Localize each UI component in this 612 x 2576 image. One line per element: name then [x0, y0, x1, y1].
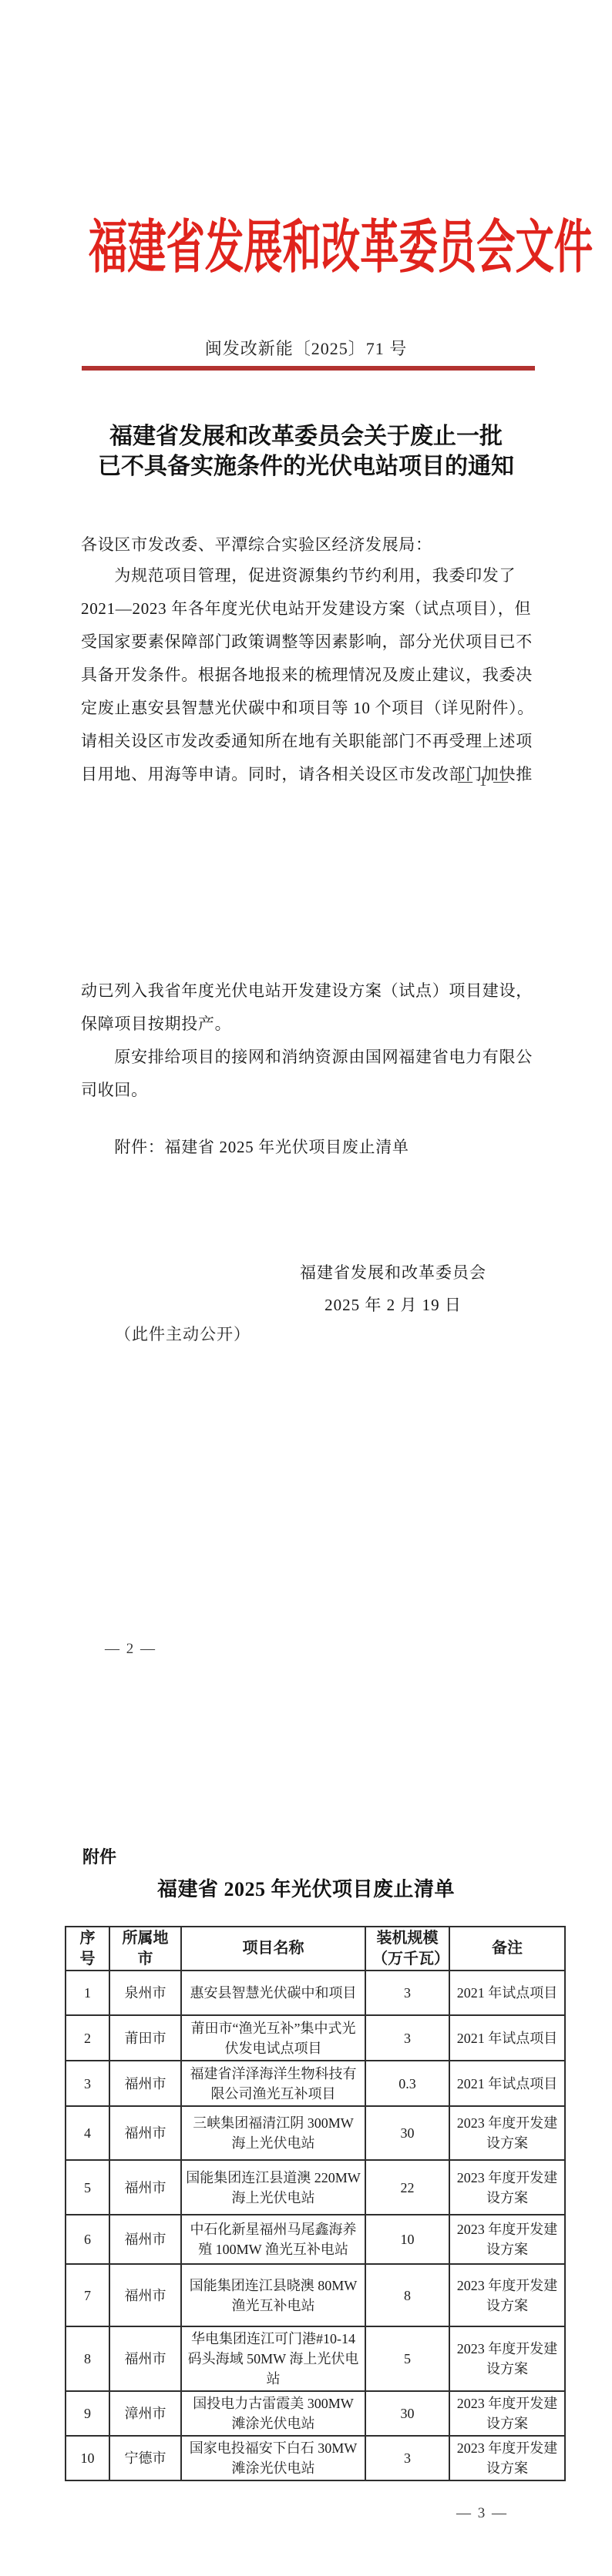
notice-title-line2: 已不具备实施条件的光伏电站项目的通知: [0, 451, 612, 481]
cell-city: 泉州市: [109, 1971, 181, 2015]
cell-capacity: 5: [365, 2326, 449, 2391]
cell-remark: 2023 年度开发建设方案: [449, 2215, 565, 2264]
cell-remark: 2023 年度开发建设方案: [449, 2326, 565, 2391]
cell-city: 福州市: [109, 2215, 181, 2264]
notice-title: 福建省发展和改革委员会关于废止一批 已不具备实施条件的光伏电站项目的通知: [0, 421, 612, 481]
cell-no: 9: [66, 2391, 109, 2436]
table-title: 福建省 2025 年光伏项目废止清单: [0, 1873, 612, 1902]
cell-project-name: 福建省洋泽海洋生物科技有限公司渔光互补项目: [181, 2061, 365, 2106]
table-row: 6 福州市 中石化新星福州马尾鑫海养殖 100MW 渔光互补电站 10 2023…: [66, 2215, 565, 2264]
cell-no: 2: [66, 2015, 109, 2061]
table-row: 4 福州市 三峡集团福清江阴 300MW 海上光伏电站 30 2023 年度开发…: [66, 2106, 565, 2160]
notice-title-line1: 福建省发展和改革委员会关于废止一批: [0, 421, 612, 451]
table-row: 1 泉州市 惠安县智慧光伏碳中和项目 3 2021 年试点项目: [66, 1971, 565, 2015]
cell-city: 宁德市: [109, 2436, 181, 2480]
body-line: 定废止惠安县智慧光伏碳中和项目等 10 个项目（详见附件）。: [81, 692, 533, 725]
cell-capacity: 8: [365, 2264, 449, 2326]
cell-remark: 2023 年度开发建设方案: [449, 2106, 565, 2160]
cell-project-name: 中石化新星福州马尾鑫海养殖 100MW 渔光互补电站: [181, 2215, 365, 2264]
cell-city: 福州市: [109, 2061, 181, 2106]
cell-project-name: 国能集团连江县晓澳 80MW 渔光互补电站: [181, 2264, 365, 2326]
body-line: 司收回。: [81, 1074, 533, 1107]
cell-project-name: 莆田市“渔光互补”集中式光伏发电试点项目: [181, 2015, 365, 2061]
table-body: 1 泉州市 惠安县智慧光伏碳中和项目 3 2021 年试点项目 2 莆田市 莆田…: [66, 1971, 565, 2480]
letterhead-title-text: 福建省发展和改革委员会文件: [89, 211, 593, 284]
cell-remark: 2023 年度开发建设方案: [449, 2264, 565, 2326]
cell-project-name: 国投电力古雷霞美 300MW 滩涂光伏电站: [181, 2391, 365, 2436]
public-disclosure-note: （此件主动公开）: [115, 1322, 251, 1345]
body-line: 具备开发条件。根据各地报来的梳理情况及废止建议，我委决: [81, 659, 533, 692]
cell-no: 1: [66, 1971, 109, 2015]
cell-remark: 2023 年度开发建设方案: [449, 2391, 565, 2436]
cell-project-name: 华电集团连江可门港#10-14 码头海域 50MW 海上光伏电站: [181, 2326, 365, 2391]
body-line: 2021—2023 年各年度光伏电站开发建设方案（试点项目），但: [81, 592, 533, 626]
letterhead-title: 福建省发展和改革委员会文件: [0, 214, 612, 280]
cell-remark: 2021 年试点项目: [449, 2015, 565, 2061]
cell-city: 福州市: [109, 2160, 181, 2215]
cell-city: 漳州市: [109, 2391, 181, 2436]
attachment-reference: 附件：福建省 2025 年光伏项目废止清单: [81, 1135, 533, 1158]
cell-capacity: 30: [365, 2391, 449, 2436]
table-header-row: 序号 所属地市 项目名称 装机规模（万千瓦） 备注: [66, 1927, 565, 1971]
cell-city: 莆田市: [109, 2015, 181, 2061]
cell-no: 8: [66, 2326, 109, 2391]
body-line: 请相关设区市发改委通知所在地有关职能部门不再受理上述项: [81, 725, 533, 758]
signature-block: 福建省发展和改革委员会 2025 年 2 月 19 日: [247, 1256, 540, 1321]
cell-no: 3: [66, 2061, 109, 2106]
attachment-label: 附件: [82, 1844, 116, 1868]
cell-city: 福州市: [109, 2264, 181, 2326]
cell-remark: 2023 年度开发建设方案: [449, 2160, 565, 2215]
page-number-1: — 1 —: [458, 773, 509, 790]
cell-remark: 2021 年试点项目: [449, 1971, 565, 2015]
cell-no: 5: [66, 2160, 109, 2215]
table-header-cell: 序号: [66, 1927, 109, 1971]
red-divider-rule: [82, 366, 535, 371]
cell-project-name: 国能集团连江县道澳 220MW 海上光伏电站: [181, 2160, 365, 2215]
cell-no: 6: [66, 2215, 109, 2264]
table-row: 2 莆田市 莆田市“渔光互补”集中式光伏发电试点项目 3 2021 年试点项目: [66, 2015, 565, 2061]
revoked-projects-table: 序号 所属地市 项目名称 装机规模（万千瓦） 备注 1 泉州市 惠安县智慧光伏碳…: [65, 1926, 566, 2481]
cell-remark: 2023 年度开发建设方案: [449, 2436, 565, 2480]
document-number: 闽发改新能〔2025〕71 号: [0, 336, 612, 360]
cell-capacity: 22: [365, 2160, 449, 2215]
cell-remark: 2021 年试点项目: [449, 2061, 565, 2106]
body-line: 动已列入我省年度光伏电站开发建设方案（试点）项目建设，: [81, 974, 533, 1008]
salutation: 各设区市发改委、平潭综合实验区经济发展局：: [81, 530, 533, 559]
signer-name: 福建省发展和改革委员会: [247, 1256, 540, 1289]
cell-project-name: 三峡集团福清江阴 300MW 海上光伏电站: [181, 2106, 365, 2160]
cell-capacity: 3: [365, 2015, 449, 2061]
cell-no: 4: [66, 2106, 109, 2160]
body-line: 为规范项目管理，促进资源集约节约利用，我委印发了: [81, 559, 533, 592]
page-number-3: — 3 —: [456, 2505, 508, 2522]
body-page1: 为规范项目管理，促进资源集约节约利用，我委印发了 2021—2023 年各年度光…: [81, 559, 533, 791]
table-row: 10 宁德市 国家电投福安下白石 30MW 滩涂光伏电站 3 2023 年度开发…: [66, 2436, 565, 2480]
page-number-2: — 2 —: [105, 1641, 156, 1658]
cell-project-name: 惠安县智慧光伏碳中和项目: [181, 1971, 365, 2015]
cell-capacity: 30: [365, 2106, 449, 2160]
body-line: 受国家要素保障部门政策调整等因素影响，部分光伏项目已不: [81, 626, 533, 659]
body-page2: 动已列入我省年度光伏电站开发建设方案（试点）项目建设， 保障项目按期投产。 原安…: [81, 974, 533, 1107]
cell-no: 10: [66, 2436, 109, 2480]
table-header-cell: 备注: [449, 1927, 565, 1971]
signature-date: 2025 年 2 月 19 日: [247, 1289, 540, 1321]
table-header-cell: 装机规模（万千瓦）: [365, 1927, 449, 1971]
cell-project-name: 国家电投福安下白石 30MW 滩涂光伏电站: [181, 2436, 365, 2480]
table-header-cell: 所属地市: [109, 1927, 181, 1971]
table-row: 7 福州市 国能集团连江县晓澳 80MW 渔光互补电站 8 2023 年度开发建…: [66, 2264, 565, 2326]
table-row: 3 福州市 福建省洋泽海洋生物科技有限公司渔光互补项目 0.3 2021 年试点…: [66, 2061, 565, 2106]
body-line: 原安排给项目的接网和消纳资源由国网福建省电力有限公: [81, 1041, 533, 1074]
cell-capacity: 3: [365, 1971, 449, 2015]
table-row: 5 福州市 国能集团连江县道澳 220MW 海上光伏电站 22 2023 年度开…: [66, 2160, 565, 2215]
cell-capacity: 10: [365, 2215, 449, 2264]
cell-capacity: 3: [365, 2436, 449, 2480]
table-header-cell: 项目名称: [181, 1927, 365, 1971]
scanned-official-document: 福建省发展和改革委员会文件 闽发改新能〔2025〕71 号 福建省发展和改革委员…: [0, 0, 612, 2576]
table-row: 8 福州市 华电集团连江可门港#10-14 码头海域 50MW 海上光伏电站 5…: [66, 2326, 565, 2391]
cell-no: 7: [66, 2264, 109, 2326]
table-row: 9 漳州市 国投电力古雷霞美 300MW 滩涂光伏电站 30 2023 年度开发…: [66, 2391, 565, 2436]
cell-city: 福州市: [109, 2326, 181, 2391]
body-line: 保障项目按期投产。: [81, 1008, 533, 1041]
cell-city: 福州市: [109, 2106, 181, 2160]
cell-capacity: 0.3: [365, 2061, 449, 2106]
